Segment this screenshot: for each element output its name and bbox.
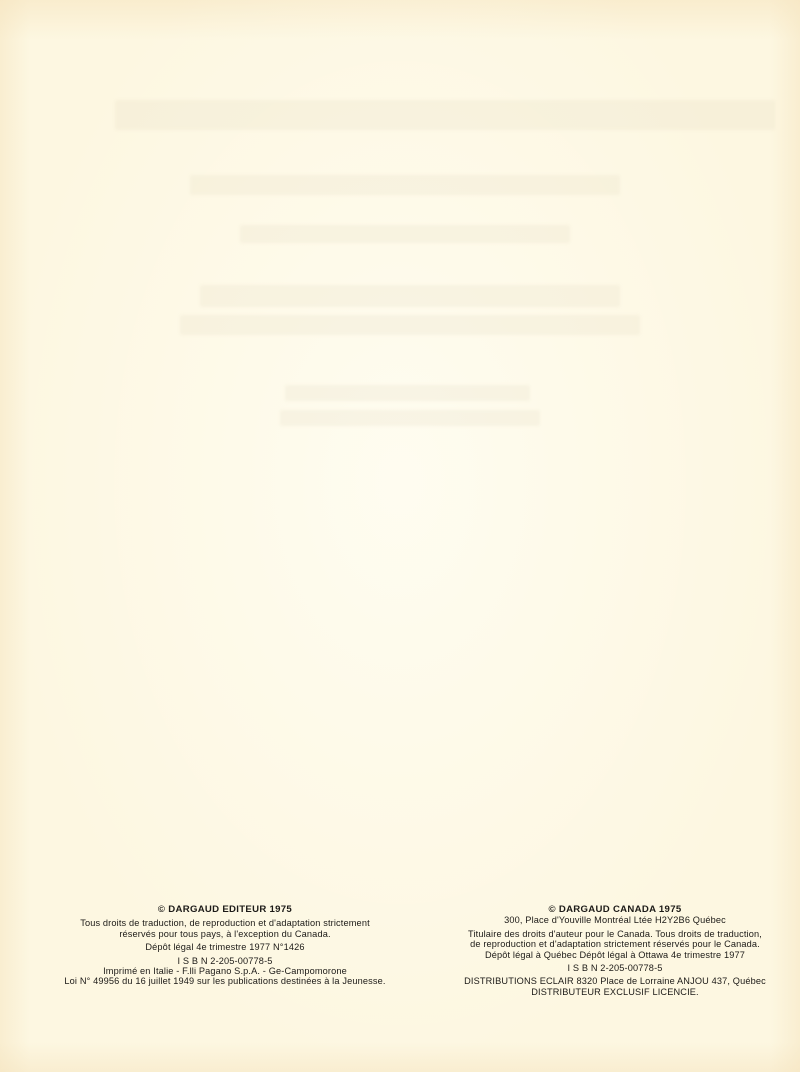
bleed-through-line — [280, 410, 540, 426]
rights-line: de reproduction et d'adaptation strictem… — [440, 939, 790, 949]
legal-deposit: Dépôt légal 4e trimestre 1977 N°1426 — [40, 942, 410, 952]
imprint-heading: © DARGAUD EDITEUR 1975 — [40, 905, 410, 915]
bleed-through-line — [190, 175, 620, 195]
legal-deposit: Dépôt légal à Québec Dépôt légal à Ottaw… — [440, 950, 790, 960]
rights-line: Titulaire des droits d'auteur pour le Ca… — [440, 929, 790, 939]
law-line: Loi N° 49956 du 16 juillet 1949 sur les … — [40, 976, 410, 986]
isbn: I S B N 2-205-00778-5 — [440, 963, 790, 973]
distribution-line: DISTRIBUTEUR EXCLUSIF LICENCIE. — [440, 987, 790, 997]
rights-line: réservés pour tous pays, à l'exception d… — [40, 929, 410, 939]
publisher-imprint-right: © DARGAUD CANADA 1975 300, Place d'Youvi… — [440, 905, 790, 997]
bleed-through-line — [240, 225, 570, 243]
rights-line: Tous droits de traduction, de reproducti… — [40, 918, 410, 928]
bleed-through-line — [180, 315, 640, 335]
bleed-through-line — [200, 285, 620, 307]
isbn: I S B N 2-205-00778-5 — [40, 956, 410, 966]
address-line: 300, Place d'Youville Montréal Ltée H2Y2… — [440, 915, 790, 925]
bleed-through-title — [115, 100, 775, 130]
bleed-through-line — [285, 385, 530, 401]
publisher-imprint-left: © DARGAUD EDITEUR 1975 Tous droits de tr… — [40, 905, 410, 987]
printer-line: Imprimé en Italie - F.lli Pagano S.p.A. … — [40, 966, 410, 976]
distribution-line: DISTRIBUTIONS ECLAIR 8320 Place de Lorra… — [440, 976, 790, 986]
imprint-heading: © DARGAUD CANADA 1975 — [440, 905, 790, 915]
